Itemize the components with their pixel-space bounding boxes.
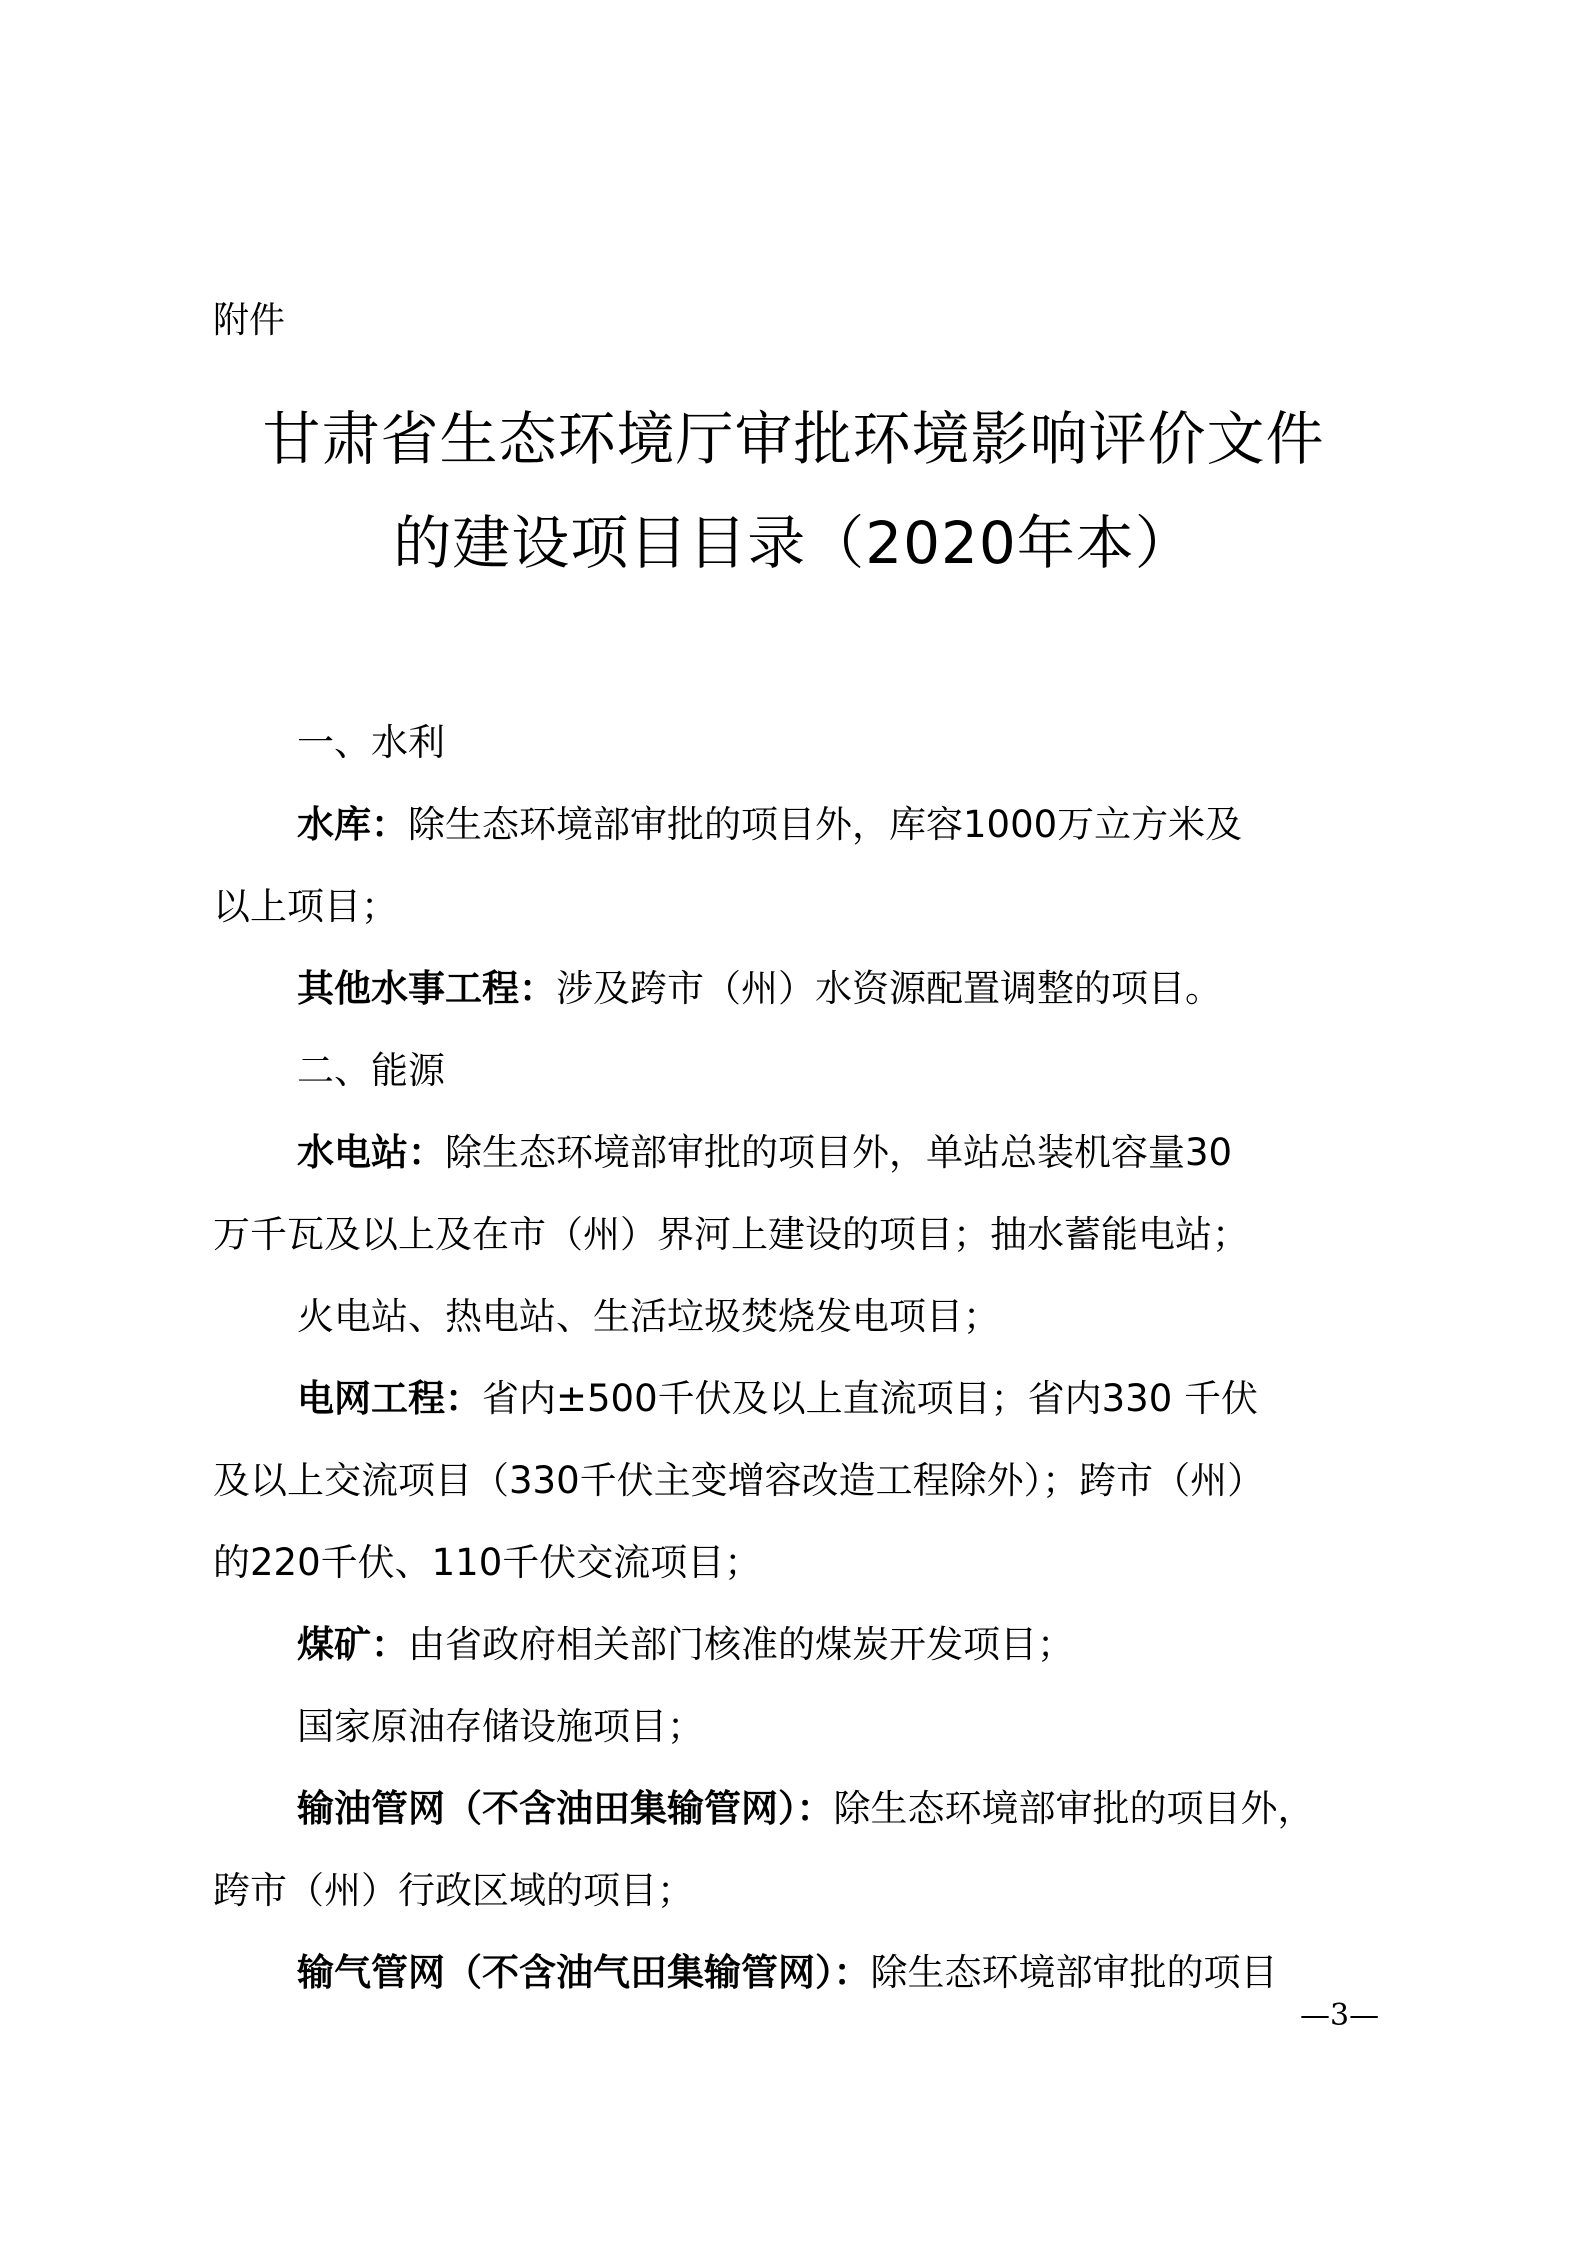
body-line: 水电站：除生态环境部审批的项目外，单站总装机容量30 <box>213 1112 1403 1194</box>
attachment-label: 附件 <box>213 292 285 343</box>
body-line: 的220千伏、110千伏交流项目； <box>213 1522 1403 1604</box>
body-line: 国家原油存储设施项目； <box>213 1686 1403 1768</box>
body-line: 一、水利 <box>213 702 1403 784</box>
body-line: 输气管网（不含油气田集输管网）：除生态环境部审批的项目 <box>213 1932 1403 2014</box>
body-line: 以上项目； <box>213 866 1403 948</box>
body-line: 煤矿：由省政府相关部门核准的煤炭开发项目； <box>213 1604 1403 1686</box>
body-line: 输油管网（不含油田集输管网）：除生态环境部审批的项目外， <box>213 1768 1403 1850</box>
body-line: 万千瓦及以上及在市（州）界河上建设的项目；抽水蓄能电站； <box>213 1194 1403 1276</box>
body-line: 电网工程：省内±500千伏及以上直流项目；省内330 千伏 <box>213 1358 1403 1440</box>
body-line: 水库：除生态环境部审批的项目外，库容1000万立方米及 <box>213 784 1403 866</box>
body-line: 及以上交流项目（330千伏主变增容改造工程除外）；跨市（州） <box>213 1440 1403 1522</box>
body-line: 二、能源 <box>213 1030 1403 1112</box>
page-number: —3— <box>1300 1998 1379 2033</box>
document-title-line-1: 甘肃省生态环境厅审批环境影响评价文件 <box>0 392 1587 476</box>
document-title-line-2: 的建设项目目录（2020年本） <box>0 496 1587 580</box>
body-line: 火电站、热电站、生活垃圾焚烧发电项目； <box>213 1276 1403 1358</box>
document-body: 一、水利 水库：除生态环境部审批的项目外，库容1000万立方米及 以上项目； 其… <box>213 702 1403 2014</box>
body-line: 其他水事工程：涉及跨市（州）水资源配置调整的项目。 <box>213 948 1403 1030</box>
body-line: 跨市（州）行政区域的项目； <box>213 1850 1403 1932</box>
